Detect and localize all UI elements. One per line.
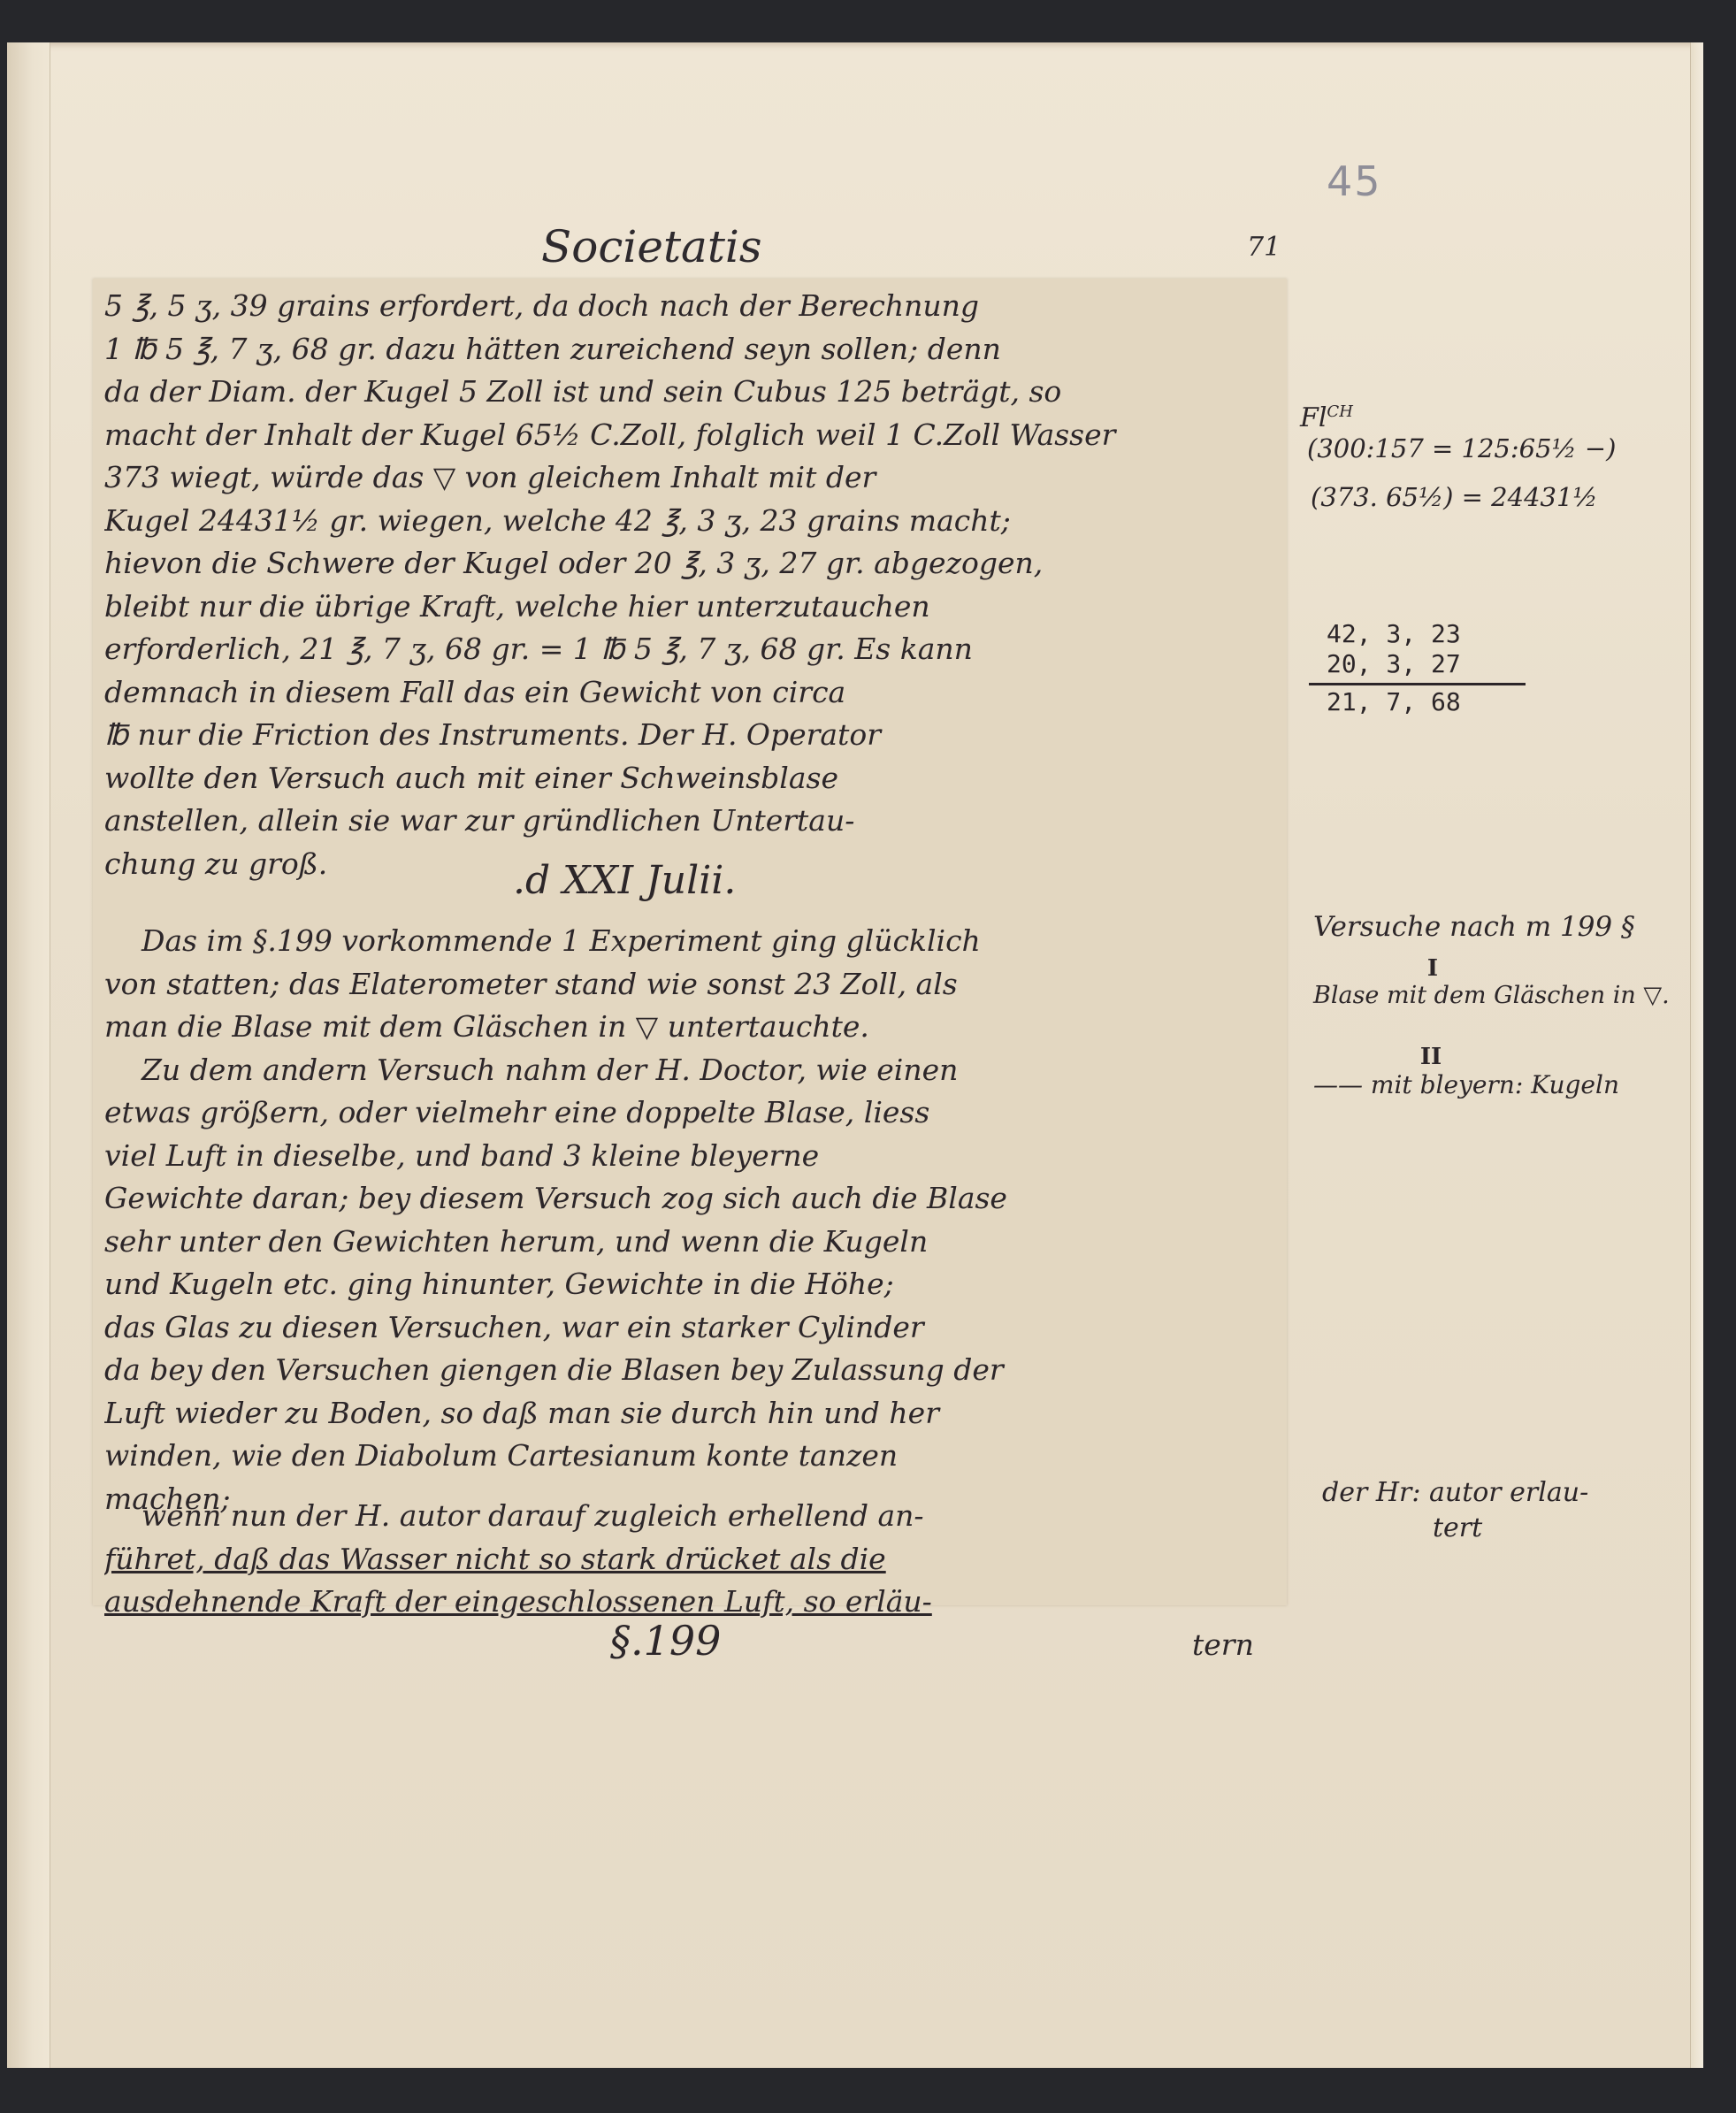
margin-calc-label: FlCH: [1300, 402, 1353, 433]
text-line: erforderlich, 21 ℥, 7 ʒ, 68 gr. = 1 ℔ 5 …: [104, 628, 1281, 671]
text-line: 5 ℥, 5 ʒ, 39 grains erfordert, da doch n…: [104, 285, 1281, 328]
calc-label-superscript: CH: [1327, 402, 1352, 421]
text-line: Das im §.199 vorkommende 1 Experiment gi…: [104, 920, 1281, 963]
author-note-line-1: der Hr: autor erlau-: [1322, 1477, 1588, 1508]
text-line: da bey den Versuchen giengen die Blasen …: [104, 1349, 1281, 1392]
margin-experiments-title: Versuche nach m 199 §: [1313, 911, 1635, 943]
text-line: von statten; das Elaterometer stand wie …: [104, 963, 1281, 1007]
text-line: wenn nun der H. autor darauf zugleich er…: [104, 1495, 1281, 1538]
text-line: wollte den Versuch auch mit einer Schwei…: [104, 757, 1281, 800]
running-head: Societatis: [541, 221, 762, 272]
sum-total: 21, 7, 68: [1309, 687, 1526, 717]
text-line: viel Luft in dieselbe, und band 3 kleine…: [104, 1135, 1281, 1178]
text-line: und Kugeln etc. ging hinunter, Gewichte …: [104, 1263, 1281, 1306]
text-line: Kugel 24431½ gr. wiegen, welche 42 ℥, 3 …: [104, 500, 1281, 543]
margin-calc-line-2: (373. 65½) = 24431½: [1311, 482, 1598, 512]
sum-rule: [1309, 683, 1526, 685]
experiment-1-label: Blase mit dem Gläschen in ▽.: [1313, 982, 1670, 1009]
text-line: macht der Inhalt der Kugel 65½ C.Zoll, f…: [104, 414, 1281, 457]
calc-label: Fl: [1300, 402, 1327, 433]
experiment-2-row: —— mit bleyern: Kugeln: [1313, 1070, 1619, 1099]
sum-row: 20, 3, 27: [1309, 649, 1526, 679]
sum-row: 42, 3, 23: [1309, 619, 1526, 649]
text-line: Luft wieder zu Boden, so daß man sie dur…: [104, 1392, 1281, 1435]
margin-sum-calculation: 42, 3, 23 20, 3, 27 21, 7, 68: [1309, 619, 1526, 717]
text-line: hievon die Schwere der Kugel oder 20 ℥, …: [104, 542, 1281, 586]
text-line: ℔ nur die Friction des Instruments. Der …: [104, 714, 1281, 757]
binding-gutter: [7, 42, 50, 2068]
experiment-2-numeral: II: [1413, 1044, 1449, 1070]
experiment-1-numeral: I: [1419, 955, 1446, 982]
text-line: man die Blase mit dem Gläschen in ▽ unte…: [104, 1006, 1281, 1049]
experiment-2-label: mit bleyern: Kugeln: [1371, 1070, 1619, 1099]
author-note-line-2: tert: [1433, 1512, 1482, 1543]
text-line: etwas größern, oder vielmehr eine doppel…: [104, 1091, 1281, 1135]
text-line: das Glas zu diesen Versuchen, war ein st…: [104, 1306, 1281, 1350]
text-line: führet, daß das Wasser nicht so stark dr…: [104, 1538, 1281, 1581]
text-line: bleibt nur die übrige Kraft, welche hier…: [104, 586, 1281, 629]
margin-calc-line-1: (300:157 = 125:65½ −): [1307, 433, 1617, 463]
footer-section-reference: §.199: [610, 1617, 721, 1665]
folio-number: 45: [1327, 157, 1382, 205]
text-line: sehr unter den Gewichten herum, und wenn…: [104, 1221, 1281, 1264]
date-heading: .d XXI Julii.: [513, 858, 736, 903]
text-line: anstellen, allein sie war zur gründliche…: [104, 800, 1281, 843]
text-line: 373 wiegt, würde das ▽ von gleichem Inha…: [104, 456, 1281, 500]
text-line: demnach in diesem Fall das ein Gewicht v…: [104, 671, 1281, 715]
ditto-dash: ——: [1313, 1070, 1363, 1099]
text-line: da der Diam. der Kugel 5 Zoll ist und se…: [104, 371, 1281, 414]
text-block-1: 5 ℥, 5 ʒ, 39 grains erfordert, da doch n…: [104, 285, 1281, 885]
page-fore-edge: [1690, 42, 1703, 2068]
text-line: Gewichte daran; bey diesem Versuch zog s…: [104, 1177, 1281, 1221]
text-line: Zu dem andern Versuch nahm der H. Doctor…: [104, 1049, 1281, 1092]
text-line: 1 ℔ 5 ℥, 7 ʒ, 68 gr. dazu hätten zureich…: [104, 328, 1281, 371]
original-page-number: 71: [1247, 232, 1281, 263]
text-line: winden, wie den Diabolum Cartesianum kon…: [104, 1435, 1281, 1478]
text-block-2: Das im §.199 vorkommende 1 Experiment gi…: [104, 920, 1281, 1520]
